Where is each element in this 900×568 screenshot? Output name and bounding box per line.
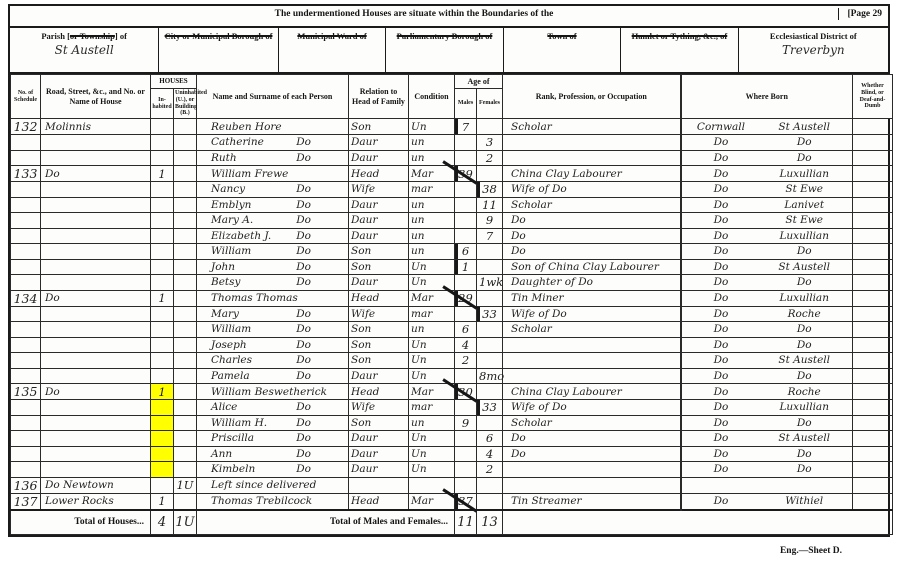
born-part-1: Do — [684, 276, 759, 288]
born-part-1: Do — [684, 417, 759, 429]
cell-inhabited — [151, 431, 174, 447]
cell-uninhabited — [174, 322, 197, 338]
cell-age_m: 37 — [455, 493, 477, 510]
cell-relation: Head — [349, 384, 409, 400]
cell-inhabited — [151, 119, 174, 135]
cell-age_f: 7 — [477, 228, 503, 244]
cell-relation: Son — [349, 322, 409, 338]
total-houses-label: Total of Houses... — [11, 510, 151, 535]
ecclesiastical-value: Treverbyn — [739, 43, 888, 57]
cell-schedule — [11, 259, 41, 275]
cell-occupation — [503, 462, 681, 478]
name-part-2: Do — [296, 401, 346, 413]
born-part-2: St Austell — [758, 261, 850, 273]
cell-name: MaryDo — [197, 306, 349, 322]
cell-name: KimbelnDo — [197, 462, 349, 478]
cell-born: DoRoche — [681, 384, 853, 400]
hamlet-label: Hamlet or Tything, &c., of — [621, 31, 737, 42]
cell-age_f: 1wk — [477, 275, 503, 291]
born-part-2: Luxullian — [758, 168, 850, 180]
cell-age_m — [455, 306, 477, 322]
cell-name: William Beswetherick — [197, 384, 349, 400]
table-row: Elizabeth J.DoDaurun7DoDoLuxullian — [11, 228, 893, 244]
col-header-relation: Relation to Head of Family — [349, 75, 409, 119]
cell-age_m: 7 — [455, 119, 477, 135]
born-part-2: St Ewe — [758, 214, 850, 226]
cell-occupation: Scholar — [503, 197, 681, 213]
cell-occupation — [503, 368, 681, 384]
born-part-1: Do — [684, 183, 759, 195]
cell-blind — [853, 368, 893, 384]
cell-age_m — [455, 213, 477, 229]
cell-schedule — [11, 400, 41, 416]
cell-condition: Mar — [409, 384, 455, 400]
cell-born: DoLuxullian — [681, 166, 853, 182]
name-part-2: Do — [296, 354, 346, 366]
cell-road — [41, 462, 151, 478]
cell-uninhabited — [174, 275, 197, 291]
total-females: 13 — [477, 510, 503, 535]
name-part-2: Do — [296, 152, 346, 164]
cell-road — [41, 150, 151, 166]
cell-born: DoDo — [681, 275, 853, 291]
cell-name: Elizabeth J.Do — [197, 228, 349, 244]
cell-schedule — [11, 415, 41, 431]
born-part-1: Do — [684, 292, 759, 304]
born-part-1: Do — [684, 245, 759, 257]
cell-age_m — [455, 182, 477, 198]
cell-born: DoLuxullian — [681, 228, 853, 244]
cell-condition: un — [409, 322, 455, 338]
cell-born: DoDo — [681, 415, 853, 431]
cell-relation: Daur — [349, 462, 409, 478]
cell-age_m: 6 — [455, 244, 477, 260]
born-part-2: Do — [758, 152, 850, 164]
born-part-2: Luxullian — [758, 230, 850, 242]
cell-occupation: Wife of Do — [503, 400, 681, 416]
born-part-2: St Austell — [758, 354, 850, 366]
cell-inhabited — [151, 415, 174, 431]
cell-relation: Head — [349, 493, 409, 510]
table-row: 135Do1William BeswetherickHeadMar30China… — [11, 384, 893, 400]
cell-occupation: Tin Miner — [503, 290, 681, 306]
cell-condition: un — [409, 197, 455, 213]
cell-age_m — [455, 275, 477, 291]
cell-born: DoSt Austell — [681, 431, 853, 447]
cell-condition: un — [409, 415, 455, 431]
table-row: 133Do1William FreweHeadMar39China Clay L… — [11, 166, 893, 182]
cell-schedule — [11, 182, 41, 198]
cell-age_f — [477, 166, 503, 182]
cell-condition: Mar — [409, 166, 455, 182]
born-part-1: Do — [684, 136, 759, 148]
name-part-1: Elizabeth J. — [199, 230, 296, 242]
cell-relation: Head — [349, 166, 409, 182]
cell-born: DoDo — [681, 462, 853, 478]
cell-age_f: 8mo — [477, 368, 503, 384]
cell-occupation — [503, 337, 681, 353]
cell-age_m — [455, 135, 477, 151]
cell-condition: mar — [409, 182, 455, 198]
col-header-occupation: Rank, Profession, or Occupation — [503, 75, 681, 119]
cell-condition: un — [409, 244, 455, 260]
cell-blind — [853, 166, 893, 182]
cell-age_m — [455, 228, 477, 244]
born-part-1: Do — [684, 199, 759, 211]
cell-uninhabited — [174, 384, 197, 400]
born-part-1: Do — [684, 401, 759, 413]
cell-blind — [853, 119, 893, 135]
cell-relation: Daur — [349, 228, 409, 244]
cell-uninhabited — [174, 213, 197, 229]
cell-schedule: 135 — [11, 384, 41, 400]
cell-uninhabited — [174, 135, 197, 151]
cell-condition: Mar — [409, 290, 455, 306]
name-part-1: Mary A. — [199, 214, 296, 226]
born-part-2: Do — [758, 276, 850, 288]
cell-blind — [853, 244, 893, 260]
cell-road — [41, 244, 151, 260]
cell-relation: Daur — [349, 213, 409, 229]
name-part-1: Reuben Hore — [199, 121, 296, 133]
cell-blind — [853, 415, 893, 431]
cell-uninhabited — [174, 290, 197, 306]
cell-age_f: 2 — [477, 462, 503, 478]
cell-condition: Un — [409, 337, 455, 353]
cell-schedule: 134 — [11, 290, 41, 306]
name-part-1: Left since delivered — [199, 479, 316, 491]
cell-inhabited — [151, 259, 174, 275]
col-header-houses: HOUSES — [151, 75, 197, 89]
cell-inhabited — [151, 244, 174, 260]
cell-uninhabited — [174, 182, 197, 198]
cell-blind — [853, 431, 893, 447]
cell-relation: Son — [349, 415, 409, 431]
col-header-uninhabited: Uninhabited (U.), or Building (B.) — [174, 89, 197, 119]
cell-name: BetsyDo — [197, 275, 349, 291]
cell-name: Thomas Trebilcock — [197, 493, 349, 510]
cell-age_f — [477, 290, 503, 306]
cell-occupation — [503, 353, 681, 369]
name-part-1: William Beswetherick — [199, 386, 327, 398]
born-part-2: Luxullian — [758, 292, 850, 304]
cell-inhabited — [151, 337, 174, 353]
born-part-2: St Ewe — [758, 183, 850, 195]
name-part-2: Do — [296, 448, 346, 460]
cell-schedule: 137 — [11, 493, 41, 510]
born-part-1: Do — [684, 495, 759, 507]
cell-inhabited — [151, 446, 174, 462]
cell-occupation: Wife of Do — [503, 182, 681, 198]
cell-age_f: 9 — [477, 213, 503, 229]
name-part-1: Alice — [199, 401, 296, 413]
name-part-2: Do — [296, 214, 346, 226]
table-row: RuthDoDaurun2DoDo — [11, 150, 893, 166]
col-header-age: Age of — [455, 75, 503, 89]
table-row: 134Do1Thomas ThomasHeadMar29Tin MinerDoL… — [11, 290, 893, 306]
cell-condition: mar — [409, 306, 455, 322]
cell-schedule — [11, 431, 41, 447]
cell-name: RuthDo — [197, 150, 349, 166]
name-part-2: Do — [296, 183, 346, 195]
name-part-1: Ruth — [199, 152, 296, 164]
table-row: PriscillaDoDaurUn6DoDoSt Austell — [11, 431, 893, 447]
parish-label: Parish [or Township] of — [10, 31, 158, 42]
born-part-1: Do — [684, 463, 759, 475]
parish-value: St Austell — [10, 43, 158, 57]
cell-occupation: Tin Streamer — [503, 493, 681, 510]
cell-relation: Wife — [349, 306, 409, 322]
cell-born: DoDo — [681, 446, 853, 462]
cell-blind — [853, 477, 893, 493]
cell-condition: un — [409, 150, 455, 166]
total-males: 11 — [455, 510, 477, 535]
name-part-1: William H. — [199, 417, 296, 429]
cell-born: DoWithiel — [681, 493, 853, 510]
cell-relation — [349, 477, 409, 493]
cell-condition: Un — [409, 275, 455, 291]
cell-age_f — [477, 477, 503, 493]
cell-name: AliceDo — [197, 400, 349, 416]
cell-uninhabited — [174, 228, 197, 244]
cell-uninhabited — [174, 353, 197, 369]
cell-condition: Un — [409, 446, 455, 462]
cell-born — [681, 477, 853, 493]
cell-road — [41, 135, 151, 151]
cell-uninhabited — [174, 166, 197, 182]
cell-age_m — [455, 368, 477, 384]
cell-occupation: Scholar — [503, 415, 681, 431]
boundary-header-row: Parish [or Township] of St Austell City … — [10, 28, 888, 74]
cell-age_f: 3 — [477, 135, 503, 151]
sheet-title-row: The undermentioned Houses are situate wi… — [10, 6, 888, 28]
cell-road: Do — [41, 290, 151, 306]
cell-age_m — [455, 477, 477, 493]
name-part-2: Do — [296, 136, 346, 148]
cell-born: DoSt Austell — [681, 259, 853, 275]
parliamentary-cell: Parliamentary Borough of — [386, 28, 503, 72]
cell-schedule: 132 — [11, 119, 41, 135]
town-label: Town of — [504, 31, 620, 42]
cell-occupation: Do — [503, 446, 681, 462]
born-part-1: Do — [684, 386, 759, 398]
cell-uninhabited — [174, 306, 197, 322]
cell-condition: Mar — [409, 493, 455, 510]
cell-occupation: Do — [503, 431, 681, 447]
cell-age_m: 4 — [455, 337, 477, 353]
cell-age_f — [477, 493, 503, 510]
cell-name: JohnDo — [197, 259, 349, 275]
cell-name: CatherineDo — [197, 135, 349, 151]
cell-born: DoRoche — [681, 306, 853, 322]
cell-born: DoSt Ewe — [681, 213, 853, 229]
cell-relation: Son — [349, 337, 409, 353]
cell-age_f: 6 — [477, 431, 503, 447]
name-part-1: William — [199, 323, 296, 335]
name-part-1: Joseph — [199, 339, 296, 351]
cell-uninhabited — [174, 368, 197, 384]
table-row: CatherineDoDaurun3DoDo — [11, 135, 893, 151]
cell-age_f — [477, 353, 503, 369]
cell-born: CornwallSt Austell — [681, 119, 853, 135]
cell-road — [41, 182, 151, 198]
cell-relation: Son — [349, 119, 409, 135]
sheet-note: Eng.—Sheet D. — [780, 546, 842, 556]
cell-condition: Un — [409, 353, 455, 369]
table-row: PamelaDoDaurUn8moDoDo — [11, 368, 893, 384]
cell-uninhabited: 1U — [174, 477, 197, 493]
cell-schedule — [11, 462, 41, 478]
born-part-1: Cornwall — [684, 121, 759, 133]
cell-relation: Daur — [349, 275, 409, 291]
name-part-2: Do — [296, 230, 346, 242]
cell-uninhabited — [174, 415, 197, 431]
census-sheet: The undermentioned Houses are situate wi… — [8, 4, 890, 537]
cell-condition: un — [409, 135, 455, 151]
cell-age_f — [477, 415, 503, 431]
cell-age_m: 30 — [455, 384, 477, 400]
born-part-2: Do — [758, 448, 850, 460]
cell-age_f: 11 — [477, 197, 503, 213]
cell-occupation: Do — [503, 213, 681, 229]
cell-relation: Daur — [349, 135, 409, 151]
cell-age_f — [477, 337, 503, 353]
cell-inhabited — [151, 228, 174, 244]
cell-condition — [409, 477, 455, 493]
cell-road — [41, 259, 151, 275]
born-part-2: Lanivet — [758, 199, 850, 211]
name-part-2: Do — [296, 339, 346, 351]
cell-born: DoDo — [681, 368, 853, 384]
cell-blind — [853, 135, 893, 151]
cell-born: DoDo — [681, 337, 853, 353]
cell-born: DoSt Ewe — [681, 182, 853, 198]
table-row: 132MolinnisReuben HoreSonUn7ScholarCornw… — [11, 119, 893, 135]
cell-schedule — [11, 306, 41, 322]
borough-label: City or Municipal Borough of — [159, 31, 277, 42]
cell-relation: Wife — [349, 182, 409, 198]
cell-inhabited — [151, 306, 174, 322]
cell-uninhabited — [174, 197, 197, 213]
cell-road — [41, 306, 151, 322]
table-row: BetsyDoDaurUn1wkDaughter of DoDoDo — [11, 275, 893, 291]
cell-schedule: 136 — [11, 477, 41, 493]
born-part-1: Do — [684, 370, 759, 382]
born-part-1: Do — [684, 432, 759, 444]
cell-inhabited — [151, 197, 174, 213]
table-row: WilliamDoSonun6ScholarDoDo — [11, 322, 893, 338]
cell-inhabited — [151, 462, 174, 478]
cell-road — [41, 322, 151, 338]
enumeration-table: No. of Schedule Road, Street, &c., and N… — [10, 74, 893, 535]
cell-inhabited — [151, 275, 174, 291]
cell-schedule — [11, 337, 41, 353]
ecclesiastical-cell: Ecclesiastical District of Treverbyn — [739, 28, 888, 72]
cell-blind — [853, 462, 893, 478]
cell-age_m: 39 — [455, 166, 477, 182]
page-number: [Page 29 — [838, 8, 884, 20]
name-part-2: Do — [296, 417, 346, 429]
table-row: JohnDoSonUn1Son of China Clay LabourerDo… — [11, 259, 893, 275]
cell-name: Mary A.Do — [197, 213, 349, 229]
cell-born: DoDo — [681, 150, 853, 166]
born-part-1: Do — [684, 214, 759, 226]
hamlet-cell: Hamlet or Tything, &c., of — [621, 28, 738, 72]
col-header-females: Females — [477, 89, 503, 119]
born-part-2: Luxullian — [758, 401, 850, 413]
cell-occupation: Son of China Clay Labourer — [503, 259, 681, 275]
cell-blind — [853, 197, 893, 213]
cell-schedule — [11, 150, 41, 166]
cell-relation: Daur — [349, 150, 409, 166]
born-part-1: Do — [684, 168, 759, 180]
cell-road — [41, 197, 151, 213]
cell-blind — [853, 322, 893, 338]
cell-road — [41, 228, 151, 244]
total-houses-uninhabited: 1U — [174, 510, 197, 535]
cell-condition: un — [409, 228, 455, 244]
cell-road: Lower Rocks — [41, 493, 151, 510]
cell-condition: mar — [409, 400, 455, 416]
table-row: AliceDoWifemar33Wife of DoDoLuxullian — [11, 400, 893, 416]
cell-age_f: 2 — [477, 150, 503, 166]
cell-inhabited: 1 — [151, 493, 174, 510]
cell-uninhabited — [174, 150, 197, 166]
cell-inhabited — [151, 322, 174, 338]
cell-born: DoDo — [681, 135, 853, 151]
cell-uninhabited — [174, 119, 197, 135]
cell-relation: Son — [349, 259, 409, 275]
cell-born: DoDo — [681, 322, 853, 338]
born-part-2: Roche — [758, 386, 850, 398]
cell-occupation — [503, 477, 681, 493]
borough-cell: City or Municipal Borough of — [159, 28, 278, 72]
cell-name: PriscillaDo — [197, 431, 349, 447]
cell-relation: Daur — [349, 446, 409, 462]
cell-occupation: China Clay Labourer — [503, 166, 681, 182]
cell-born: DoLuxullian — [681, 400, 853, 416]
cell-road: Do — [41, 384, 151, 400]
name-part-1: Charles — [199, 354, 296, 366]
cell-uninhabited — [174, 446, 197, 462]
cell-age_m — [455, 150, 477, 166]
cell-schedule — [11, 244, 41, 260]
cell-age_m — [455, 462, 477, 478]
cell-schedule — [11, 228, 41, 244]
cell-blind — [853, 213, 893, 229]
cell-condition: Un — [409, 119, 455, 135]
cell-name: William H.Do — [197, 415, 349, 431]
table-row: 137Lower Rocks1Thomas TrebilcockHeadMar3… — [11, 493, 893, 510]
cell-occupation: Scholar — [503, 119, 681, 135]
cell-schedule — [11, 322, 41, 338]
cell-age_m — [455, 400, 477, 416]
cell-name: CharlesDo — [197, 353, 349, 369]
cell-age_m: 6 — [455, 322, 477, 338]
name-part-2: Do — [296, 276, 346, 288]
cell-blind — [853, 150, 893, 166]
born-part-1: Do — [684, 448, 759, 460]
cell-age_f — [477, 244, 503, 260]
cell-age_m: 1 — [455, 259, 477, 275]
name-part-1: Kimbeln — [199, 463, 296, 475]
cell-blind — [853, 290, 893, 306]
born-part-2: Do — [758, 339, 850, 351]
cell-occupation: Do — [503, 228, 681, 244]
cell-inhabited — [151, 477, 174, 493]
born-part-2: Do — [758, 417, 850, 429]
cell-occupation — [503, 150, 681, 166]
